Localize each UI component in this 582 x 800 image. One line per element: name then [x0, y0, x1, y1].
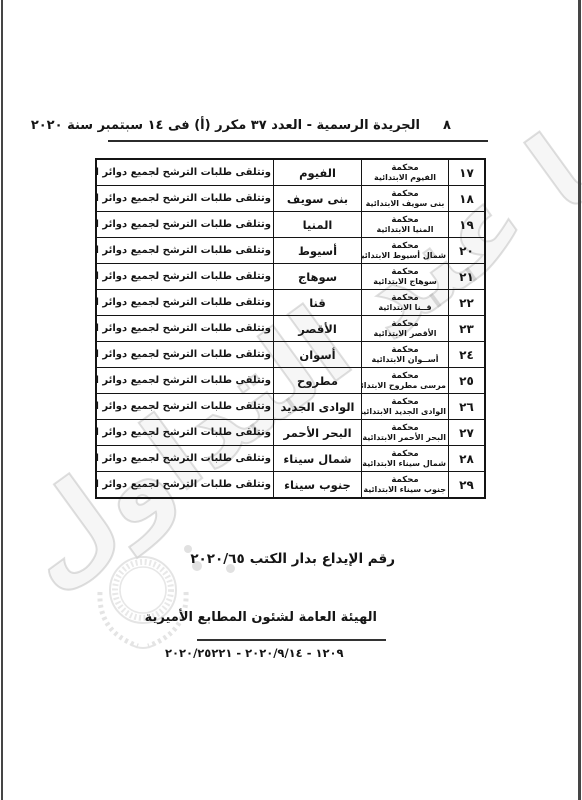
table-row: ١٩ محكمة المنيا الابتدائية المنيا وتتلقى…	[96, 212, 485, 238]
candidacy-note-cell: وتتلقى طلبات الترشح لجميع دوائر المحافظة	[96, 290, 274, 316]
table-row: ٢٦ محكمة الوادى الجديد الابتدائية الوادى…	[96, 394, 485, 420]
court-prefix: محكمة	[364, 319, 446, 329]
row-number-cell: ٢٢	[449, 290, 486, 316]
table-row: ٢٢ محكمة قــنا الابتدائية قنا وتتلقى طلب…	[96, 290, 485, 316]
candidacy-note-cell: وتتلقى طلبات الترشح لجميع دوائر المحافظة	[96, 316, 274, 342]
governorate-cell: سوهاج	[274, 264, 362, 290]
governorate-cell: الأقصر	[274, 316, 362, 342]
court-cell: محكمة شمال أسيوط الابتدائية	[362, 238, 449, 264]
court-prefix: محكمة	[364, 215, 446, 225]
governorate-cell: الفيوم	[274, 159, 362, 186]
table-row: ٢٨ محكمة شمال سيناء الابتدائية شمال سينا…	[96, 446, 485, 472]
court-name: الوادى الجديد الابتدائية	[364, 407, 446, 417]
header-rule	[108, 140, 488, 142]
row-number-cell: ١٩	[449, 212, 486, 238]
court-prefix: محكمة	[364, 189, 446, 199]
deposit-number: ٢٠٢٠/٦٥	[190, 551, 244, 567]
court-cell: محكمة الوادى الجديد الابتدائية	[362, 394, 449, 420]
page-right-scan-edge	[578, 0, 581, 800]
table-row: ٢٣ محكمة الأقصر الابتدائية الأقصر وتتلقى…	[96, 316, 485, 342]
court-cell: محكمة البحر الأحمر الابتدائية	[362, 420, 449, 446]
court-prefix: محكمة	[364, 371, 446, 381]
print-code-line: ١٢٠٩ - ٢٠٢٠/٩/١٤ - ٢٠٢٠/٢٥٢٢١	[165, 646, 397, 660]
court-cell: محكمة المنيا الابتدائية	[362, 212, 449, 238]
row-number-cell: ٢٠	[449, 238, 486, 264]
candidacy-note-cell: وتتلقى طلبات الترشح لجميع دوائر المحافظة	[96, 212, 274, 238]
courts-table-body: ١٧ محكمة الفيوم الابتدائية الفيوم وتتلقى…	[96, 159, 485, 498]
court-cell: محكمة أســوان الابتدائية	[362, 342, 449, 368]
court-name: مرسى مطروح الابتدائية	[364, 381, 446, 391]
governorate-cell: بنى سويف	[274, 186, 362, 212]
court-name: قــنا الابتدائية	[364, 303, 446, 313]
deposit-line: رقم الإيداع بدار الكتب ٢٠٢٠/٦٥	[185, 551, 395, 567]
court-name: سوهاج الابتدائية	[364, 277, 446, 287]
court-cell: محكمة الأقصر الابتدائية	[362, 316, 449, 342]
court-prefix: محكمة	[364, 293, 446, 303]
page-left-scan-edge	[1, 0, 3, 800]
printing-authority-line: الهيئة العامة لشئون المطابع الأميرية	[205, 610, 377, 625]
row-number-cell: ٢٨	[449, 446, 486, 472]
authority-rule	[197, 639, 386, 641]
candidacy-note-cell: وتتلقى طلبات الترشح لجميع دوائر المحافظة	[96, 420, 274, 446]
governorate-cell: أسوان	[274, 342, 362, 368]
court-name: بنى سويف الابتدائية	[364, 199, 446, 209]
court-prefix: محكمة	[364, 241, 446, 251]
court-name: الأقصر الابتدائية	[364, 329, 446, 339]
candidacy-note-cell: وتتلقى طلبات الترشح لجميع دوائر المحافظة	[96, 264, 274, 290]
court-cell: محكمة سوهاج الابتدائية	[362, 264, 449, 290]
row-number-cell: ١٧	[449, 159, 486, 186]
candidacy-note-cell: وتتلقى طلبات الترشح لجميع دوائر المحافظة	[96, 159, 274, 186]
court-cell: محكمة جنوب سيناء الابتدائية	[362, 472, 449, 499]
court-prefix: محكمة	[364, 163, 446, 173]
row-number-cell: ٢٥	[449, 368, 486, 394]
row-number-cell: ٢٣	[449, 316, 486, 342]
governorate-cell: المنيا	[274, 212, 362, 238]
court-prefix: محكمة	[364, 267, 446, 277]
row-number-cell: ١٨	[449, 186, 486, 212]
court-prefix: محكمة	[364, 345, 446, 355]
table-row: ٢٧ محكمة البحر الأحمر الابتدائية البحر ا…	[96, 420, 485, 446]
table-row: ٢٥ محكمة مرسى مطروح الابتدائية مطروح وتت…	[96, 368, 485, 394]
row-number-cell: ٢٦	[449, 394, 486, 420]
governorate-cell: أسيوط	[274, 238, 362, 264]
court-name: جنوب سيناء الابتدائية	[364, 485, 446, 495]
candidacy-note-cell: وتتلقى طلبات الترشح لجميع دوائر المحافظة	[96, 342, 274, 368]
table-row: ١٧ محكمة الفيوم الابتدائية الفيوم وتتلقى…	[96, 159, 485, 186]
court-cell: محكمة الفيوم الابتدائية	[362, 159, 449, 186]
court-prefix: محكمة	[364, 423, 446, 433]
court-cell: محكمة بنى سويف الابتدائية	[362, 186, 449, 212]
court-cell: محكمة مرسى مطروح الابتدائية	[362, 368, 449, 394]
row-number-cell: ٢٤	[449, 342, 486, 368]
candidacy-note-cell: وتتلقى طلبات الترشح لجميع دوائر المحافظة	[96, 446, 274, 472]
row-number-cell: ٢٩	[449, 472, 486, 499]
gazette-header-title: الجريدة الرسمية - العدد ٣٧ مكرر (أ) فى ١…	[152, 118, 420, 133]
court-name: أســوان الابتدائية	[364, 355, 446, 365]
candidacy-note-cell: وتتلقى طلبات الترشح لجميع دوائر المحافظة	[96, 186, 274, 212]
table-row: ١٨ محكمة بنى سويف الابتدائية بنى سويف وت…	[96, 186, 485, 212]
governorate-cell: مطروح	[274, 368, 362, 394]
court-prefix: محكمة	[364, 475, 446, 485]
court-prefix: محكمة	[364, 397, 446, 407]
governorate-cell: شمال سيناء	[274, 446, 362, 472]
courts-table: ١٧ محكمة الفيوم الابتدائية الفيوم وتتلقى…	[95, 158, 486, 499]
candidacy-note-cell: وتتلقى طلبات الترشح لجميع دوائر المحافظة	[96, 394, 274, 420]
court-name: شمال أسيوط الابتدائية	[364, 251, 446, 261]
court-cell: محكمة شمال سيناء الابتدائية	[362, 446, 449, 472]
court-prefix: محكمة	[364, 449, 446, 459]
candidacy-note-cell: وتتلقى طلبات الترشح لجميع دوائر المحافظة	[96, 368, 274, 394]
row-number-cell: ٢٧	[449, 420, 486, 446]
deposit-label: رقم الإيداع بدار الكتب	[250, 551, 395, 567]
table-row: ٢٩ محكمة جنوب سيناء الابتدائية جنوب سينا…	[96, 472, 485, 499]
governorate-cell: قنا	[274, 290, 362, 316]
court-name: المنيا الابتدائية	[364, 225, 446, 235]
governorate-cell: جنوب سيناء	[274, 472, 362, 499]
page-number: ٨	[438, 118, 456, 133]
court-name: شمال سيناء الابتدائية	[364, 459, 446, 469]
governorate-cell: البحر الأحمر	[274, 420, 362, 446]
court-name: الفيوم الابتدائية	[364, 173, 446, 183]
row-number-cell: ٢١	[449, 264, 486, 290]
table-row: ٢١ محكمة سوهاج الابتدائية سوهاج وتتلقى ط…	[96, 264, 485, 290]
table-row: ٢٤ محكمة أســوان الابتدائية أسوان وتتلقى…	[96, 342, 485, 368]
candidacy-note-cell: وتتلقى طلبات الترشح لجميع دوائر المحافظة	[96, 472, 274, 499]
gazette-scan-page: { "header": { "page_number": "٨", "title…	[0, 0, 582, 800]
table-row: ٢٠ محكمة شمال أسيوط الابتدائية أسيوط وتت…	[96, 238, 485, 264]
court-name: البحر الأحمر الابتدائية	[364, 433, 446, 443]
court-cell: محكمة قــنا الابتدائية	[362, 290, 449, 316]
candidacy-note-cell: وتتلقى طلبات الترشح لجميع دوائر المحافظة	[96, 238, 274, 264]
governorate-cell: الوادى الجديد	[274, 394, 362, 420]
